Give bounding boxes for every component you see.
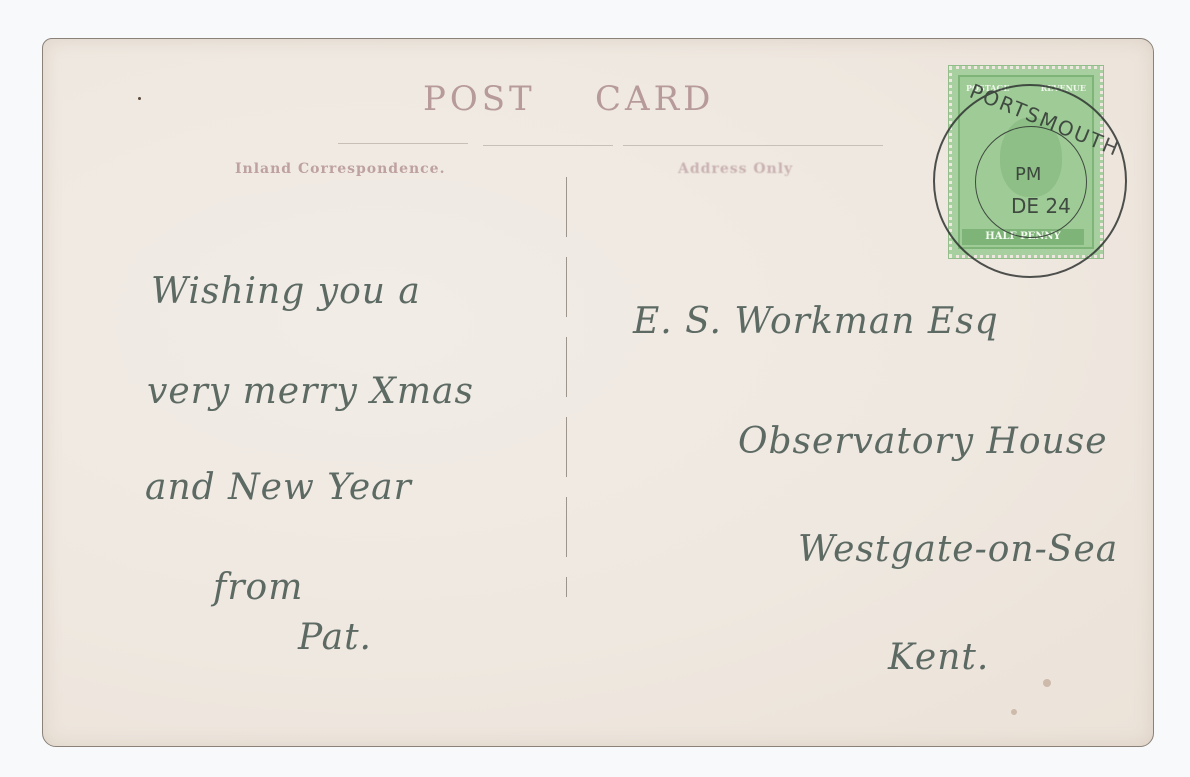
address-line-4: Kent.	[888, 637, 989, 678]
address-line-3: Westgate-on-Sea	[798, 529, 1118, 570]
postmark: PORTSMOUTH PM DE 24	[933, 84, 1127, 278]
rule-line	[623, 145, 883, 146]
heading-card: CARD	[595, 79, 714, 119]
stain-mark	[138, 97, 141, 100]
stain-mark	[1043, 679, 1051, 687]
message-line-1: Wishing you a	[151, 271, 421, 312]
address-line-2: Observatory House	[738, 421, 1108, 462]
message-line-2: very merry Xmas	[147, 371, 474, 412]
message-line-4: from	[213, 567, 303, 608]
address-line-1: E. S. Workman Esq	[633, 301, 999, 342]
postmark-date: DE 24	[1011, 194, 1071, 218]
rule-line	[483, 145, 613, 146]
stain-mark	[1011, 709, 1017, 715]
heading-post: POST	[423, 79, 536, 119]
rule-line	[338, 143, 468, 144]
postcard: POST CARD Inland Correspondence. Address…	[42, 38, 1154, 747]
signature: Pat.	[298, 617, 372, 658]
postmark-time: PM	[1015, 164, 1041, 185]
inland-correspondence-label: Inland Correspondence.	[235, 161, 445, 177]
address-only-label: Address Only	[678, 161, 793, 177]
center-divider	[566, 177, 567, 597]
message-line-3: and New Year	[145, 467, 412, 508]
